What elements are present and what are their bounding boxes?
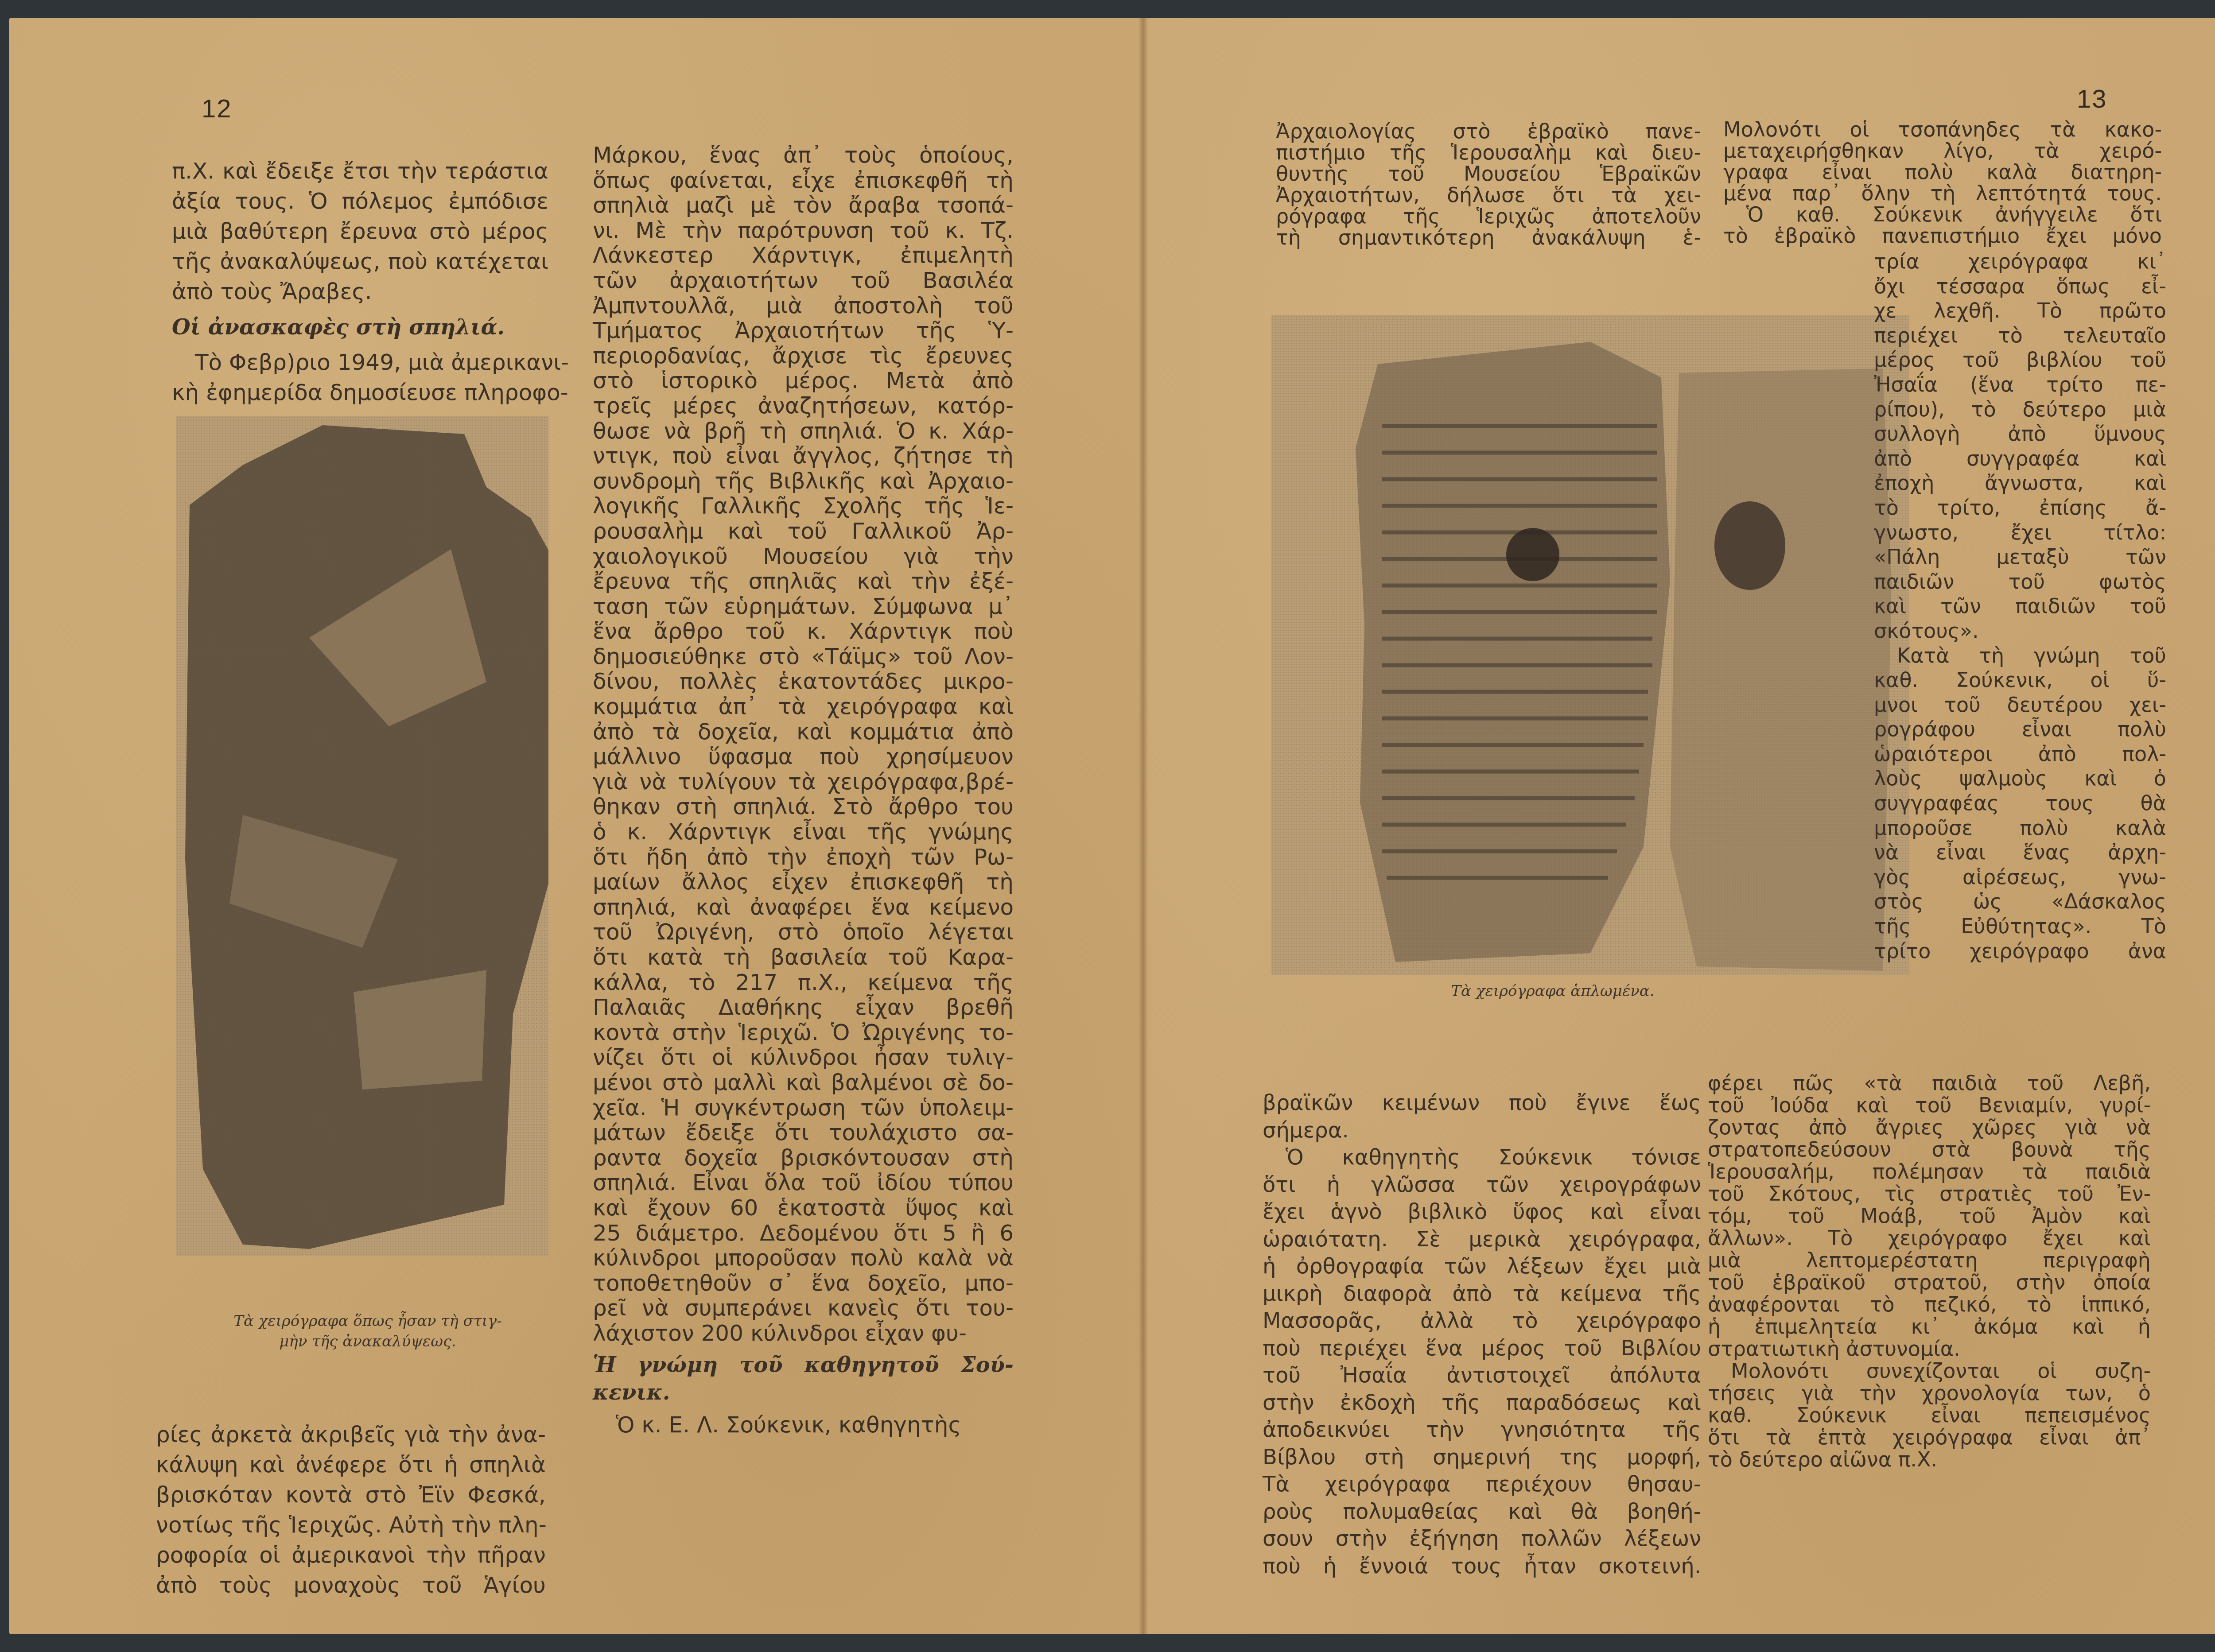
- text-line: ἀπὸ τοὺς Ἄραβες.: [172, 276, 548, 306]
- text-line: τοῦ ἑβραϊκοῦ στρατοῦ, στὴν ὁποία: [1708, 1271, 2151, 1293]
- text-line: τρεῖς μέρες ἀναζητήσεων, κατόρ-: [593, 393, 1014, 419]
- text-line: ἀναφέρονται τὸ πεζικό, τὸ ἱππικό,: [1708, 1293, 2151, 1315]
- text-line: ἔχει ἁγνὸ βιβλικὸ ὕφος καὶ εἶναι: [1263, 1198, 1701, 1226]
- text-line: κάλυψη καὶ ἀνέφερε ὅτι ἡ σπηλιὰ: [156, 1450, 546, 1480]
- text-line: ὡραιότεροι ἀπὸ πολ-: [1874, 742, 2166, 767]
- text-line: τοποθετηθοῦν σ᾽ ἕνα δοχεῖο, μπο-: [593, 1271, 1014, 1296]
- text-line: Ἱερουσαλήμ, πολέμησαν τὰ παιδιὰ: [1708, 1160, 2151, 1183]
- text-line: συγγραφέας τους θὰ: [1874, 791, 2166, 816]
- text-line: μποροῦσε πολὺ καλὰ: [1874, 816, 2166, 841]
- text-line: μνοι τοῦ δευτέρου χει-: [1874, 693, 2166, 717]
- text-line: σπηλιὰ μαζὶ μὲ τὸν ἄραβα τσοπά-: [593, 193, 1014, 218]
- section-heading: Ἡ γνώμη τοῦ καθηγητοῦ Σού- κενικ.: [593, 1351, 1014, 1406]
- text-line: ρεῖ νὰ συμπεράνει κανεὶς ὅτι του-: [593, 1295, 1014, 1321]
- text-line: Παλαιᾶς Διαθήκης εἶχαν βρεθῆ: [593, 995, 1014, 1020]
- text-line: μέρος τοῦ βιβλίου τοῦ: [1874, 348, 2166, 372]
- text-line: τὴ σημαντικότερη ἀνακάλυψη ἑ-: [1276, 227, 1701, 248]
- text-line: κύλινδροι μποροῦσαν πολὺ καλὰ νὰ: [593, 1245, 1014, 1271]
- text-line: Τὸ Φεβρ)ριο 1949, μιὰ ἀμερικανι-: [172, 347, 548, 377]
- text-line: ἔρευνα τῆς σπηλιᾶς καὶ τὴν ἐξέ-: [593, 569, 1014, 594]
- text-line: ραντα δοχεῖα βρισκόντουσαν στὴ: [593, 1145, 1014, 1171]
- text-line: στὴν ἐκδοχὴ τῆς παραδόσεως καὶ: [1263, 1389, 1701, 1417]
- right-col2-narrow: τρία χειρόγραφα κι᾽ ὄχι τέσσαρα ὅπως εἶ-…: [1874, 249, 2166, 963]
- text-line: τρία χειρόγραφα κι᾽: [1874, 249, 2166, 274]
- text-line: μικρὴ διαφορὰ ἀπὸ τὰ κείμενα τῆς: [1263, 1280, 1701, 1308]
- right-col1-bottom: βραϊκῶν κειμένων ποὺ ἔγινε ἕως σήμερα. Ὁ…: [1263, 1090, 1701, 1580]
- figure-caption: Τὰ χειρόγραφα ὅπως ἦσαν τὴ στιγ- μὴν τῆς…: [186, 1311, 549, 1352]
- text-line: κάλλα, τὸ 217 π.Χ., κείμενα τῆς: [593, 970, 1014, 995]
- text-line: νι. Μὲ τὴν παρότρυνση τοῦ κ. Τζ.: [593, 218, 1014, 243]
- caption-line: μὴν τῆς ἀνακαλύψεως.: [186, 1331, 549, 1352]
- text-line: ταση τῶν εὑρημάτων. Σύμφωνα μ᾽: [593, 594, 1014, 619]
- text-line: θωσε νὰ βρῆ τὴ σπηλιά. Ὁ κ. Χάρ-: [593, 419, 1014, 444]
- unrolled-scroll-image-icon: [1271, 315, 1909, 975]
- text-line: ἄλλων». Τὸ χειρόγραφο ἔχει καὶ: [1708, 1227, 2151, 1249]
- text-line: περιορδανίας, ἄρχισε τὶς ἔρευνες: [593, 343, 1014, 368]
- text-line: νοτίως τῆς Ἱεριχῶς. Αὐτὴ τὴν πλη-: [156, 1510, 546, 1540]
- heading-line: κενικ.: [593, 1379, 1014, 1406]
- text-line: μεταχειρήσθηκαν λίγο, τὰ χειρό-: [1723, 140, 2162, 161]
- text-line: Ἀρχαιοτήτων, δήλωσε ὅτι τὰ χει-: [1276, 184, 1701, 206]
- right-col2-top: Μολονότι οἱ τσοπάνηδες τὰ κακο- μεταχειρ…: [1723, 119, 2162, 246]
- text-line: χαιολογικοῦ Μουσείου γιὰ τὴν: [593, 544, 1014, 569]
- text-line: ἀπὸ τοὺς μοναχοὺς τοῦ Ἁγίου: [156, 1570, 546, 1600]
- text-line: ποὺ ἡ ἔννοιά τους ἦταν σκοτεινή.: [1263, 1553, 1701, 1580]
- text-line: σπηλιά, καὶ ἀναφέρει ἕνα κείμενο: [593, 895, 1014, 920]
- figure-scroll-photo: [176, 416, 548, 1256]
- text-line: «Πάλη μεταξὺ τῶν: [1874, 545, 2166, 570]
- text-line: τρίτο χειρόγραφο ἀνα: [1874, 939, 2166, 964]
- page-number-right: 13: [2077, 84, 2107, 114]
- right-col2-bottom: φέρει πῶς «τὰ παιδιὰ τοῦ Λεβῆ, τοῦ Ἰούδα…: [1708, 1072, 2151, 1470]
- text-line: φέρει πῶς «τὰ παιδιὰ τοῦ Λεβῆ,: [1708, 1072, 2151, 1094]
- text-line: βρισκόταν κοντὰ στὸ Ἐϊν Φεσκά,: [156, 1480, 546, 1510]
- heading-line: Ἡ γνώμη τοῦ καθηγητοῦ Σού-: [593, 1351, 1014, 1379]
- text-line: κὴ ἐφημερίδα δημοσίευσε πληροφο-: [172, 377, 548, 407]
- text-line: ὁ κ. Χάρντιγκ εἶναι τῆς γνώμης: [593, 819, 1014, 845]
- text-line: σκότους».: [1874, 619, 2166, 644]
- text-line: καθ. Σούκενικ, οἱ ὕ-: [1874, 668, 2166, 693]
- text-line: Τὰ χειρόγραφα περιέχουν θησαυ-: [1263, 1471, 1701, 1498]
- text-line: γιὰ νὰ τυλίγουν τὰ χειρόγραφα,βρέ-: [593, 769, 1014, 795]
- text-line: Μάρκου, ἕνας ἀπ᾽ τοὺς ὁποίους,: [593, 143, 1014, 168]
- text-line: μιὰ λεπτομερέστατη περιγραφὴ: [1708, 1249, 2151, 1271]
- text-line: συλλογὴ ἀπὸ ὕμνους: [1874, 422, 2166, 446]
- text-line: ροφορία οἱ ἀμερικανοὶ τὴν πῆραν: [156, 1540, 546, 1570]
- text-line: τῶν ἀρχαιοτήτων τοῦ Βασιλέα: [593, 268, 1014, 293]
- text-line: λάχιστον 200 κύλινδροι εἶχαν φυ-: [593, 1321, 1014, 1346]
- text-line: γνωστο, ἔχει τίτλο:: [1874, 520, 2166, 545]
- text-line: τοῦ Ἰούδα καὶ τοῦ Βενιαμίν, γυρί-: [1708, 1094, 2151, 1116]
- page-number-left: 12: [202, 94, 232, 124]
- text-line: ἀπὸ συγγραφέα καὶ: [1874, 446, 2166, 471]
- text-line: θυντὴς τοῦ Μουσείου Ἑβραϊκῶν: [1276, 163, 1701, 184]
- text-line: γὸς αἱρέσεως, γνω-: [1874, 865, 2166, 890]
- text-line: καθ. Σούκενικ εἶναι πεπεισμένος: [1708, 1404, 2151, 1426]
- text-line: ἐποχὴ ἄγνωστα, καὶ: [1874, 471, 2166, 496]
- text-line: στρατοπεδεύσουν στὰ βουνὰ τῆς: [1708, 1138, 2151, 1160]
- text-line: λοὺς ψαλμοὺς καὶ ὁ: [1874, 766, 2166, 791]
- text-line: τοῦ Σκότους, τὶς στρατιὲς τοῦ Ἐν-: [1708, 1183, 2151, 1205]
- text-line: τῆς Εὐθύτητας». Τὸ: [1874, 914, 2166, 939]
- text-line: δημοσιεύθηκε στὸ «Τάϊμς» τοῦ Λον-: [593, 644, 1014, 669]
- text-line: στρατιωτικὴ ἀστυνομία.: [1708, 1338, 2151, 1360]
- text-line: κοντὰ στὴν Ἱεριχῶ. Ὁ Ὠριγένης το-: [593, 1020, 1014, 1045]
- text-line: χεῖα. Ἡ συγκέντρωση τῶν ὑπολειμ-: [593, 1095, 1014, 1121]
- text-line: π.Χ. καὶ ἔδειξε ἔτσι τὴν τεράστια: [172, 156, 548, 186]
- text-line: Τμήματος Ἀρχαιοτήτων τῆς Ὑ-: [593, 318, 1014, 343]
- text-line: ἀξία τους. Ὁ πόλεμος ἐμπόδισε: [172, 186, 548, 216]
- text-line: νίζει ὅτι οἱ κύλινδροι ἦσαν τυλιγ-: [593, 1045, 1014, 1070]
- text-line: στὸς ὡς «Δάσκαλος: [1874, 889, 2166, 914]
- text-line: Ἀμπντουλλᾶ, μιὰ ἀποστολὴ τοῦ: [593, 293, 1014, 318]
- text-line: σουν στὴν ἐξήγηση πολλῶν λέξεων: [1263, 1525, 1701, 1553]
- book-spine: [1139, 18, 1148, 1634]
- left-col1-top: π.Χ. καὶ ἔδειξε ἔτσι τὴν τεράστια ἀξία τ…: [172, 156, 548, 407]
- caption-line: Τὰ χειρόγραφα ὅπως ἦσαν τὴ στιγ-: [186, 1311, 549, 1331]
- text-line: τοῦ Ἠσαΐα ἀντιστοιχεῖ ἀπόλυτα: [1263, 1362, 1701, 1389]
- text-line: ρίπου), τὸ δεύτερο μιὰ: [1874, 397, 2166, 422]
- text-line: συνδρομὴ τῆς Βιβλικῆς καὶ Ἀρχαιο-: [593, 469, 1014, 494]
- text-line: ἡ ἐπιμελητεία κι᾽ ἀκόμα καὶ ἡ: [1708, 1315, 2151, 1338]
- text-line: νὰ εἶναι ἕνας ἀρχη-: [1874, 840, 2166, 865]
- text-line: Ὁ κ. Ε. Λ. Σούκενικ, καθηγητὴς: [593, 1412, 1014, 1438]
- text-line: ροὺς πολυμαθείας καὶ θὰ βοηθή-: [1263, 1498, 1701, 1526]
- text-line: μάτων ἔδειξε ὅτι τουλάχιστο σα-: [593, 1120, 1014, 1145]
- text-line: ζοντας ἀπὸ ἄγριες χῶρες γιὰ νὰ: [1708, 1116, 2151, 1138]
- text-line: Ὁ καθ. Σούκενικ ἀνήγγειλε ὅτι: [1723, 204, 2162, 225]
- text-line: Μολονότι συνεχίζονται οἱ συζη-: [1708, 1360, 2151, 1382]
- text-line: ὅτι ἤδη ἀπὸ τὴν ἐποχὴ τῶν Ρω-: [593, 845, 1014, 870]
- text-line: Κατὰ τὴ γνώμη τοῦ: [1874, 644, 2166, 668]
- section-heading: Οἱ ἀνασκαφὲς στὴ σπηλιά.: [172, 312, 548, 343]
- text-line: καὶ ἔχουν 60 ἑκατοστὰ ὕψος καὶ: [593, 1195, 1014, 1221]
- left-col2: Μάρκου, ἕνας ἀπ᾽ τοὺς ὁποίους, ὅπως φαίν…: [593, 143, 1014, 1437]
- text-line: Βίβλου στὴ σημερινή της μορφή,: [1263, 1444, 1701, 1471]
- text-line: ὅτι ἡ γλῶσσα τῶν χειρογράφων: [1263, 1171, 1701, 1199]
- figure-caption: Τὰ χειρόγραφα ἁπλωμένα.: [1276, 981, 1830, 1001]
- text-line: μένοι στὸ μαλλὶ καὶ βαλμένοι σὲ δο-: [593, 1070, 1014, 1095]
- text-line: ποὺ περιέχει ἕνα μέρος τοῦ Βιβλίου: [1263, 1335, 1701, 1362]
- text-line: ρουσαλὴμ καὶ τοῦ Γαλλικοῦ Ἀρ-: [593, 519, 1014, 544]
- right-col1-top: Ἀρχαιολογίας στὸ ἑβραϊκὸ πανε- πιστήμιο …: [1276, 120, 1701, 248]
- scroll-image-icon: [176, 416, 548, 1256]
- text-line: Ἠσαΐα (ἕνα τρίτο πε-: [1874, 372, 2166, 397]
- text-line: τοῦ Ὠριγένη, στὸ ὁποῖο λέγεται: [593, 919, 1014, 945]
- text-line: βραϊκῶν κειμένων ποὺ ἔγινε ἕως: [1263, 1090, 1701, 1117]
- text-line: ἕνα ἄρθρο τοῦ κ. Χάρντιγκ ποὺ: [593, 619, 1014, 644]
- text-line: τῆς ἀνακαλύψεως, ποὺ κατέχεται: [172, 246, 548, 276]
- text-line: τήσεις γιὰ τὴν χρονολογία των, ὁ: [1708, 1382, 2151, 1404]
- figure-unrolled-scrolls-photo: [1271, 315, 1909, 975]
- text-line: ἡ ὀρθογραφία τῶν λέξεων ἔχει μιὰ: [1263, 1253, 1701, 1280]
- text-line: λογικῆς Γαλλικῆς Σχολῆς τῆς Ἱε-: [593, 493, 1014, 519]
- text-line: Ὁ καθηγητὴς Σούκενικ τόνισε: [1263, 1144, 1701, 1171]
- text-line: χε λεχθῆ. Τὸ πρῶτο: [1874, 299, 2166, 323]
- text-line: πιστήμιο τῆς Ἱερουσαλὴμ καὶ διευ-: [1276, 142, 1701, 163]
- text-line: δίνου, πολλὲς ἑκατοντάδες μικρο-: [593, 669, 1014, 694]
- text-line: παιδιῶν τοῦ φωτὸς: [1874, 570, 2166, 594]
- text-line: κομμάτια ἀπ᾽ τὰ χειρόγραφα καὶ: [593, 694, 1014, 719]
- text-line: ρογράφου εἶναι πολὺ: [1874, 717, 2166, 742]
- text-line: ἀπὸ τὰ δοχεῖα, καὶ κομμάτια ἀπὸ: [593, 719, 1014, 745]
- text-line: καὶ τῶν παιδιῶν τοῦ: [1874, 594, 2166, 619]
- text-line: γραφα εἶναι πολὺ καλὰ διατηρη-: [1723, 161, 2162, 182]
- text-line: ὅτι τὰ ἑπτὰ χειρόγραφα εἶναι ἀπ᾽: [1708, 1426, 2151, 1448]
- text-line: ρίες ἀρκετὰ ἀκριβεῖς γιὰ τὴν ἀνα-: [156, 1419, 546, 1450]
- text-line: περιέχει τὸ τελευταῖο: [1874, 323, 2166, 348]
- text-line: Μολονότι οἱ τσοπάνηδες τὰ κακο-: [1723, 119, 2162, 140]
- text-line: ἀποδεικνύει τὴν γνησιότητα τῆς: [1263, 1416, 1701, 1444]
- text-line: ὄχι τέσσαρα ὅπως εἶ-: [1874, 274, 2166, 299]
- left-col1-bottom: ρίες ἀρκετὰ ἀκριβεῖς γιὰ τὴν ἀνα- κάλυψη…: [156, 1419, 546, 1600]
- text-line: ντιγκ, ποὺ εἶναι ἄγγλος, ζήτησε τὴ: [593, 443, 1014, 469]
- text-line: Μασσορᾶς, ἀλλὰ τὸ χειρόγραφο: [1263, 1307, 1701, 1335]
- text-line: τόμ, τοῦ Μοάβ, τοῦ Ἀμὸν καὶ: [1708, 1205, 2151, 1227]
- text-line: 25 διάμετρο. Δεδομένου ὅτι 5 ἢ 6: [593, 1221, 1014, 1246]
- text-line: μιὰ βαθύτερη ἔρευνα στὸ μέρος: [172, 216, 548, 246]
- text-line: σήμερα.: [1263, 1117, 1701, 1144]
- text-line: μαίων ἄλλος εἶχεν ἐπισκεφθῆ τὴ: [593, 869, 1014, 895]
- text-line: τὸ ἑβραϊκὸ πανεπιστήμιο ἔχει μόνο: [1723, 225, 2162, 246]
- text-line: μένα παρ᾽ ὅλην τὴ λεπτότητά τους.: [1723, 182, 2162, 204]
- text-line: τὸ δεύτερο αἰῶνα π.Χ.: [1708, 1448, 2151, 1470]
- text-line: ὅτι κατὰ τὴ βασιλεία τοῦ Καρα-: [593, 945, 1014, 970]
- text-line: σπηλιά. Εἶναι ὅλα τοῦ ἰδίου τύπου: [593, 1170, 1014, 1195]
- text-line: στὸ ἱστορικὸ μέρος. Μετὰ ἀπὸ: [593, 368, 1014, 393]
- text-line: μάλλινο ὕφασμα ποὺ χρησίμευον: [593, 744, 1014, 769]
- text-line: ὅπως φαίνεται, εἶχε ἐπισκεφθῆ τὴ: [593, 168, 1014, 193]
- text-line: Λάνκεστερ Χάρντιγκ, ἐπιμελητὴ: [593, 243, 1014, 268]
- text-line: Ἀρχαιολογίας στὸ ἑβραϊκὸ πανε-: [1276, 120, 1701, 142]
- text-line: τὸ τρίτο, ἐπίσης ἄ-: [1874, 496, 2166, 520]
- text-line: ρόγραφα τῆς Ἱεριχῶς ἀποτελοῦν: [1276, 206, 1701, 227]
- text-line: θηκαν στὴ σπηλιά. Στὸ ἄρθρο του: [593, 794, 1014, 819]
- text-line: ὡραιότατη. Σὲ μερικὰ χειρόγραφα,: [1263, 1226, 1701, 1253]
